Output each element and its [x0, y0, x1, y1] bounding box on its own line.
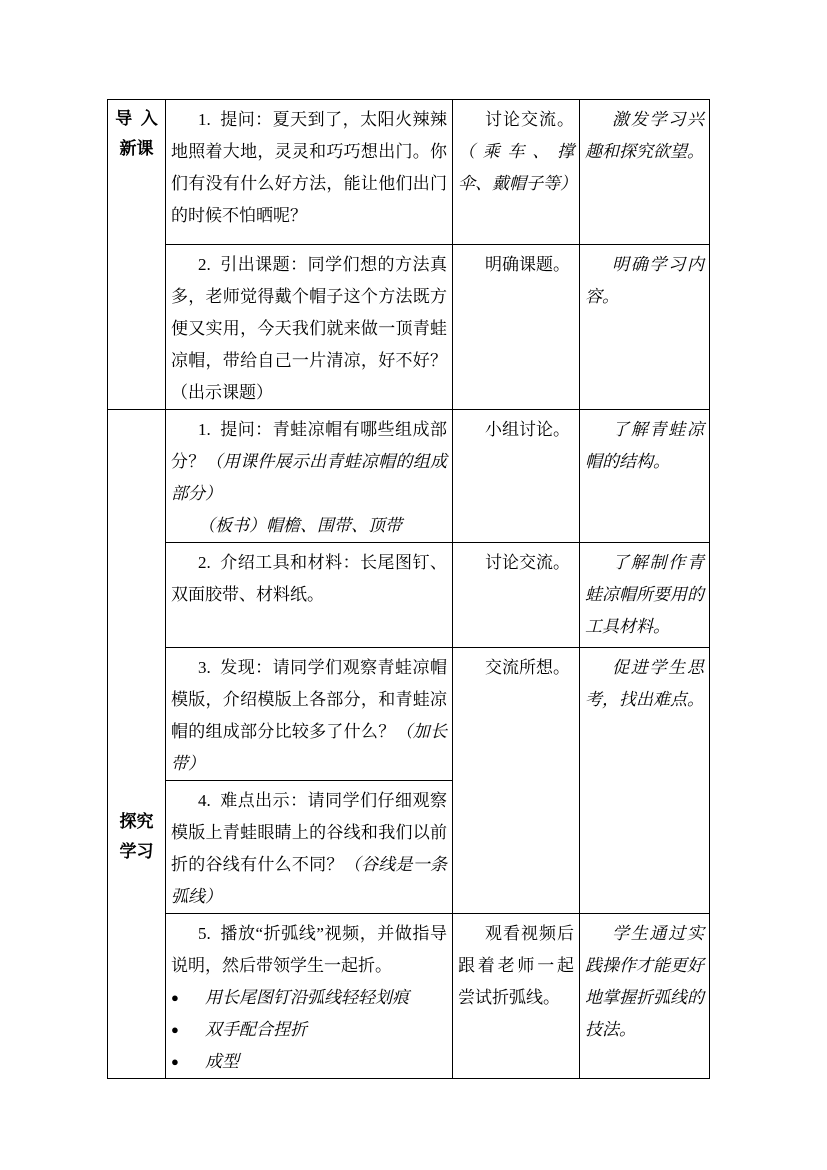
- paragraph-kaiti: 了解制作青蛙凉帽所要用的工具材料。: [585, 547, 704, 643]
- paragraph: 1. 提问：夏天到了，太阳火辣辣地照着大地，灵灵和巧巧想出门。你们有没有什么好方…: [171, 104, 447, 232]
- table-row: 2. 引出课题：同学们想的方法真多，老师觉得戴个帽子这个方法既方便又实用，今天我…: [108, 245, 710, 410]
- paragraph: 小组讨论。: [458, 414, 574, 446]
- bullet-text: 双手配合捏折: [205, 1014, 447, 1046]
- bullet-icon: ●: [171, 1014, 205, 1046]
- table-row: 探究 学习 1. 提问：青蛙凉帽有哪些组成部分？（用课件展示出青蛙凉帽的组成部分…: [108, 410, 710, 543]
- section-label-line: 新课: [113, 134, 160, 164]
- table-row: 5. 播放“折弧线”视频，并做指导说明，然后带领学生一起折。 ● 用长尾图钉沿弧…: [108, 914, 710, 1079]
- bullet-icon: ●: [171, 982, 205, 1014]
- cell-intent-7: 学生通过实践操作才能更好地掌握折弧线的技法。: [580, 914, 710, 1079]
- paragraph: 3. 发现：请同学们观察青蛙凉帽模版，介绍模版上各部分，和青蛙凉帽的组成部分比较…: [171, 652, 447, 780]
- section-label-explore: 探究 学习: [108, 410, 166, 1079]
- bullet-text: 用长尾图钉沿弧线轻轻划痕: [205, 982, 447, 1014]
- text-run: 1. 提问：夏天到了，太阳火辣辣地照着大地，灵灵和巧巧想出门。你们有没有什么好方…: [171, 110, 447, 225]
- table-row: 2. 介绍工具和材料：长尾图钉、双面胶带、材料纸。 讨论交流。 了解制作青蛙凉帽…: [108, 543, 710, 648]
- cell-activity-4: 2. 介绍工具和材料：长尾图钉、双面胶带、材料纸。: [166, 543, 453, 648]
- paragraph-board-note: （板书）帽檐、围带、顶带: [171, 510, 447, 542]
- section-label-line: 学习: [113, 837, 160, 867]
- cell-intent-5: 促进学生思考，找出难点。: [580, 648, 710, 914]
- section-label-line: 导 入: [113, 104, 160, 134]
- table-row: 3. 发现：请同学们观察青蛙凉帽模版，介绍模版上各部分，和青蛙凉帽的组成部分比较…: [108, 648, 710, 781]
- cell-behavior-7: 观看视频后跟着老师一起尝试折弧线。: [453, 914, 580, 1079]
- paragraph: 4. 难点出示：请同学们仔细观察模版上青蛙眼睛上的谷线和我们以前折的谷线有什么不…: [171, 785, 447, 913]
- cell-activity-3: 1. 提问：青蛙凉帽有哪些组成部分？（用课件展示出青蛙凉帽的组成部分） （板书）…: [166, 410, 453, 543]
- paragraph: 1. 提问：青蛙凉帽有哪些组成部分？（用课件展示出青蛙凉帽的组成部分）: [171, 414, 447, 510]
- paragraph-kaiti: 学生通过实践操作才能更好地掌握折弧线的技法。: [585, 918, 704, 1046]
- cell-intent-2: 明确学习内容。: [580, 245, 710, 410]
- cell-behavior-1: 讨论交流。（乘车、撑伞、戴帽子等）: [453, 100, 580, 245]
- table-row: 导 入 新课 1. 提问：夏天到了，太阳火辣辣地照着大地，灵灵和巧巧想出门。你们…: [108, 100, 710, 245]
- paragraph: 讨论交流。（乘车、撑伞、戴帽子等）: [458, 104, 574, 200]
- paragraph-kaiti: 了解青蛙凉帽的结构。: [585, 414, 704, 478]
- paragraph: 观看视频后跟着老师一起尝试折弧线。: [458, 918, 574, 1014]
- cell-activity-7: 5. 播放“折弧线”视频，并做指导说明，然后带领学生一起折。 ● 用长尾图钉沿弧…: [166, 914, 453, 1079]
- cell-intent-4: 了解制作青蛙凉帽所要用的工具材料。: [580, 543, 710, 648]
- cell-activity-2: 2. 引出课题：同学们想的方法真多，老师觉得戴个帽子这个方法既方便又实用，今天我…: [166, 245, 453, 410]
- document-page: 导 入 新课 1. 提问：夏天到了，太阳火辣辣地照着大地，灵灵和巧巧想出门。你们…: [0, 0, 827, 1170]
- section-label-line: 探究: [113, 807, 160, 837]
- cell-activity-6: 4. 难点出示：请同学们仔细观察模版上青蛙眼睛上的谷线和我们以前折的谷线有什么不…: [166, 781, 453, 914]
- lesson-plan-table: 导 入 新课 1. 提问：夏天到了，太阳火辣辣地照着大地，灵灵和巧巧想出门。你们…: [107, 99, 710, 1079]
- cell-activity-1: 1. 提问：夏天到了，太阳火辣辣地照着大地，灵灵和巧巧想出门。你们有没有什么好方…: [166, 100, 453, 245]
- bullet-icon: ●: [171, 1046, 205, 1078]
- cell-behavior-2: 明确课题。: [453, 245, 580, 410]
- paragraph: 讨论交流。: [458, 547, 574, 579]
- bullet-line: ● 用长尾图钉沿弧线轻轻划痕: [171, 982, 447, 1014]
- text-run-kaiti: （乘车、撑伞、戴帽子等）: [458, 142, 577, 193]
- bullet-line: ● 成型: [171, 1046, 447, 1078]
- bullet-line: ● 双手配合捏折: [171, 1014, 447, 1046]
- section-label-block: 导 入 新课: [113, 104, 160, 164]
- paragraph-kaiti: 激发学习兴趣和探究欲望。: [585, 104, 704, 168]
- section-label-intro: 导 入 新课: [108, 100, 166, 410]
- cell-activity-5: 3. 发现：请同学们观察青蛙凉帽模版，介绍模版上各部分，和青蛙凉帽的组成部分比较…: [166, 648, 453, 781]
- paragraph: 5. 播放“折弧线”视频，并做指导说明，然后带领学生一起折。: [171, 918, 447, 982]
- paragraph-kaiti: 促进学生思考，找出难点。: [585, 652, 704, 716]
- cell-behavior-4: 讨论交流。: [453, 543, 580, 648]
- paragraph: 明确课题。: [458, 249, 574, 281]
- cell-intent-3: 了解青蛙凉帽的结构。: [580, 410, 710, 543]
- paragraph: 交流所想。: [458, 652, 574, 684]
- text-run-kaiti: （用课件展示出青蛙凉帽的组成部分）: [171, 452, 447, 503]
- bullet-text: 成型: [205, 1046, 447, 1078]
- section-label-block: 探究 学习: [113, 807, 160, 867]
- text-run: 2. 引出课题：同学们想的方法真多，老师觉得戴个帽子这个方法既方便又实用，今天我…: [171, 255, 447, 402]
- paragraph-kaiti: 明确学习内容。: [585, 249, 704, 313]
- cell-intent-1: 激发学习兴趣和探究欲望。: [580, 100, 710, 245]
- text-run: 讨论交流。: [485, 110, 574, 129]
- paragraph: 2. 介绍工具和材料：长尾图钉、双面胶带、材料纸。: [171, 547, 447, 611]
- paragraph: 2. 引出课题：同学们想的方法真多，老师觉得戴个帽子这个方法既方便又实用，今天我…: [171, 249, 447, 409]
- cell-behavior-3: 小组讨论。: [453, 410, 580, 543]
- cell-behavior-5: 交流所想。: [453, 648, 580, 914]
